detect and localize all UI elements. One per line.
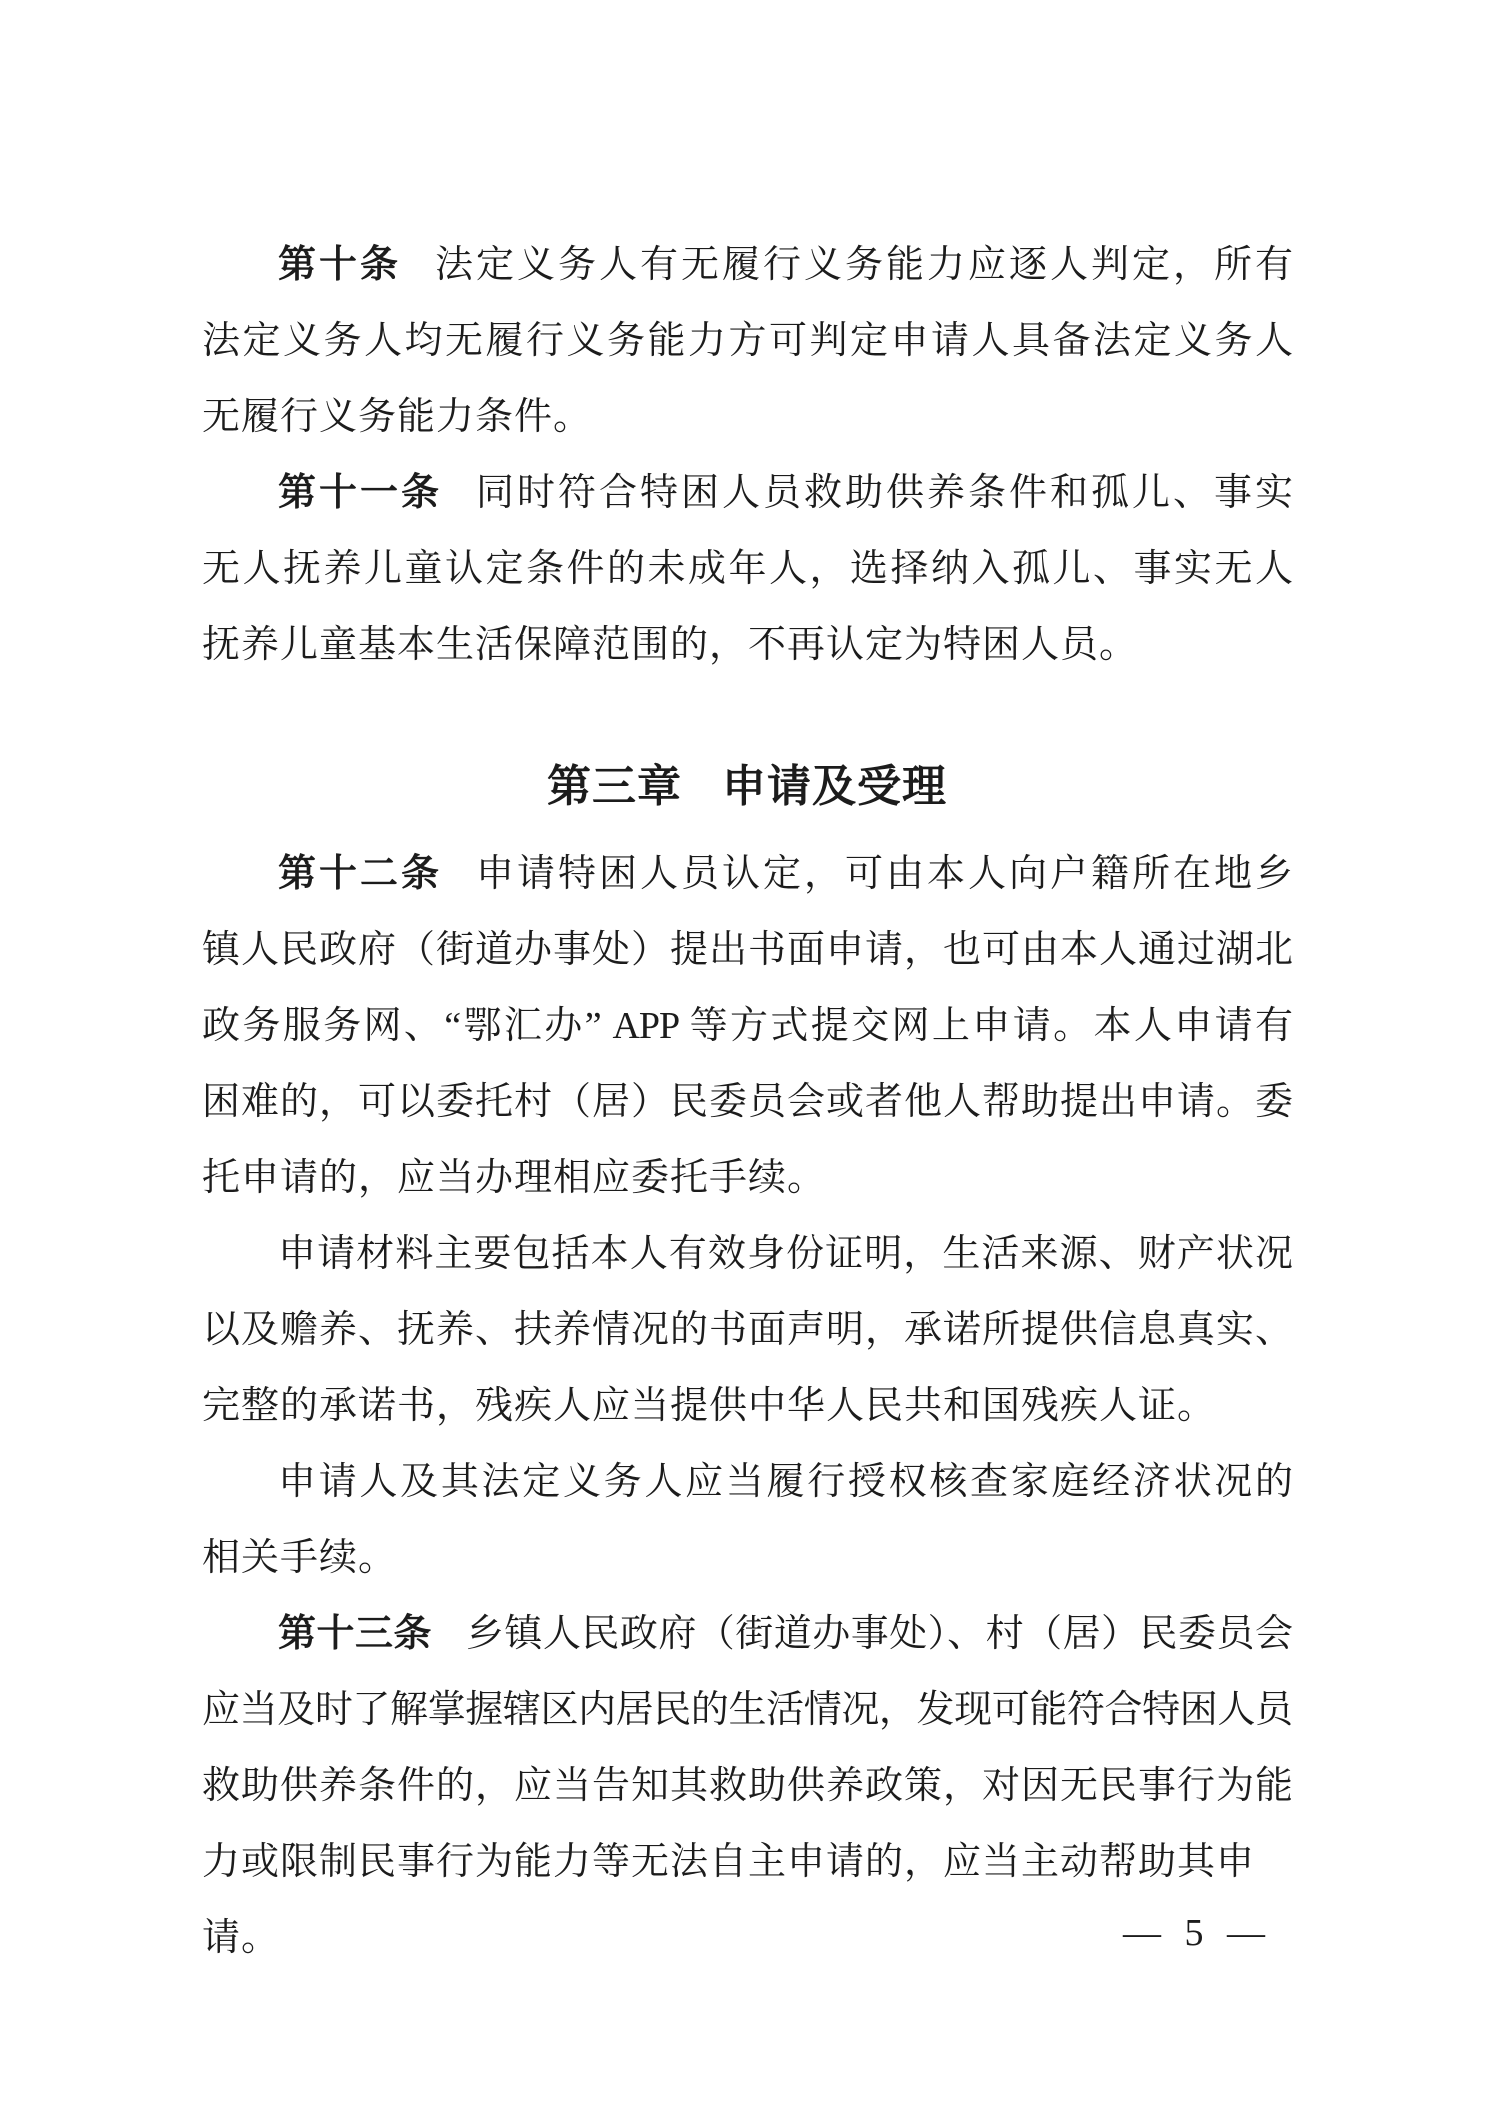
line-text: 无人抚养儿童认定条件的未成年人，选择纳入孤儿、事实无人 — [202, 548, 1292, 590]
text-column: 第十条法定义务人有无履行义务能力应逐人判定，所有法定义务人均无履行义务能力方可判… — [202, 227, 1292, 1900]
chapter-number: 第三章 — [547, 762, 682, 811]
line-text: 法定义务人有无履行义务能力应逐人判定，所有 — [435, 244, 1292, 286]
line-text: 同时符合特困人员救助供养条件和孤儿、事实 — [476, 472, 1292, 514]
page-number: — 5 — — [202, 1908, 1292, 1958]
article-13-line-3: 救助供养条件的，应当告知其救助供养政策，对因无民事行为能 — [202, 1748, 1292, 1824]
authorization-procedures-line-2: 相关手续。 — [202, 1520, 1292, 1596]
article-number: 第十一条 — [278, 472, 442, 514]
article-12-line-3: 政务服务网、“鄂汇办” APP 等方式提交网上申请。本人申请有 — [202, 988, 1292, 1064]
line-text: 托申请的，应当办理相应委托手续。 — [202, 1157, 826, 1199]
line-text: 政务服务网、“鄂汇办” APP 等方式提交网上申请。本人申请有 — [202, 1005, 1292, 1047]
article-13-line-1: 第十三条乡镇人民政府（街道办事处）、村（居）民委员会 — [202, 1596, 1292, 1672]
line-text: 申请特困人员认定，可由本人向户籍所在地乡 — [476, 853, 1292, 895]
article-12-line-4: 困难的，可以委托村（居）民委员会或者他人帮助提出申请。委 — [202, 1064, 1292, 1140]
article-number: 第十条 — [278, 244, 401, 286]
article-12-line-5: 托申请的，应当办理相应委托手续。 — [202, 1140, 1292, 1216]
article-13-line-2: 应当及时了解掌握辖区内居民的生活情况，发现可能符合特困人员 — [202, 1672, 1292, 1748]
line-text: 法定义务人均无履行义务能力方可判定申请人具备法定义务人 — [202, 320, 1292, 362]
article-10-line-2: 法定义务人均无履行义务能力方可判定申请人具备法定义务人 — [202, 303, 1292, 379]
line-text: 完整的承诺书，残疾人应当提供中华人民共和国残疾人证。 — [202, 1385, 1216, 1427]
line-text: 抚养儿童基本生活保障范围的，不再认定为特困人员。 — [202, 624, 1138, 666]
chapter-3-heading: 第三章申请及受理 — [202, 749, 1292, 825]
article-number: 第十二条 — [278, 853, 442, 895]
application-materials-line-2: 以及赡养、抚养、扶养情况的书面声明，承诺所提供信息真实、 — [202, 1292, 1292, 1368]
application-materials-line-1: 申请材料主要包括本人有效身份证明，生活来源、财产状况 — [202, 1216, 1292, 1292]
line-text: 镇人民政府（街道办事处）提出书面申请，也可由本人通过湖北 — [202, 929, 1292, 971]
chapter-title: 申请及受理 — [722, 762, 947, 811]
line-text: 救助供养条件的，应当告知其救助供养政策，对因无民事行为能 — [202, 1765, 1292, 1807]
line-text: 乡镇人民政府（街道办事处）、村（居）民委员会 — [466, 1613, 1292, 1655]
line-text: 申请人及其法定义务人应当履行授权核查家庭经济状况的 — [278, 1461, 1292, 1503]
line-text: 无履行义务能力条件。 — [202, 396, 592, 438]
article-12-line-2: 镇人民政府（街道办事处）提出书面申请，也可由本人通过湖北 — [202, 912, 1292, 988]
article-10-line-1: 第十条法定义务人有无履行义务能力应逐人判定，所有 — [202, 227, 1292, 303]
article-11-line-1: 第十一条同时符合特困人员救助供养条件和孤儿、事实 — [202, 455, 1292, 531]
application-materials-line-3: 完整的承诺书，残疾人应当提供中华人民共和国残疾人证。 — [202, 1368, 1292, 1444]
line-text: 困难的，可以委托村（居）民委员会或者他人帮助提出申请。委 — [202, 1081, 1292, 1123]
article-11-line-3: 抚养儿童基本生活保障范围的，不再认定为特困人员。 — [202, 607, 1292, 683]
document-page: 第十条法定义务人有无履行义务能力应逐人判定，所有法定义务人均无履行义务能力方可判… — [0, 0, 1485, 2110]
line-text: 应当及时了解掌握辖区内居民的生活情况，发现可能符合特困人员 — [202, 1689, 1292, 1731]
line-text: 相关手续。 — [202, 1537, 397, 1579]
article-11-line-2: 无人抚养儿童认定条件的未成年人，选择纳入孤儿、事实无人 — [202, 531, 1292, 607]
article-13-line-4: 力或限制民事行为能力等无法自主申请的，应当主动帮助其申请。 — [202, 1824, 1292, 1900]
authorization-procedures-line-1: 申请人及其法定义务人应当履行授权核查家庭经济状况的 — [202, 1444, 1292, 1520]
line-text: 以及赡养、抚养、扶养情况的书面声明，承诺所提供信息真实、 — [202, 1309, 1292, 1351]
article-10-line-3: 无履行义务能力条件。 — [202, 379, 1292, 455]
article-number: 第十三条 — [278, 1613, 432, 1655]
article-12-line-1: 第十二条申请特困人员认定，可由本人向户籍所在地乡 — [202, 836, 1292, 912]
line-text: 申请材料主要包括本人有效身份证明，生活来源、财产状况 — [278, 1233, 1292, 1275]
